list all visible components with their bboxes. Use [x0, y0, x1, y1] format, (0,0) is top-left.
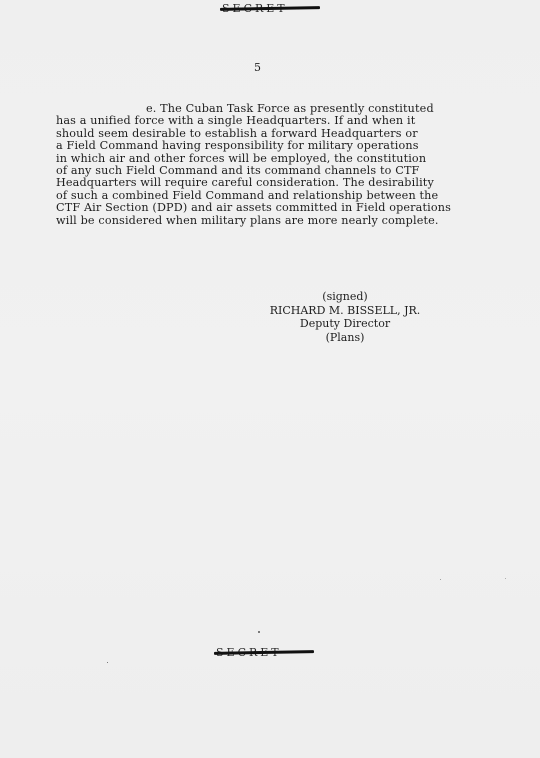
classification-marking-bottom: SECRET — [216, 646, 306, 659]
body-line: a Field Command having responsibility fo… — [56, 140, 516, 152]
body-line: has a unified force with a single Headqu… — [56, 115, 516, 127]
scan-speck — [107, 662, 108, 663]
page-number: 5 — [254, 61, 261, 74]
body-line: Headquarters will require careful consid… — [56, 177, 516, 189]
classification-marking-top: SECRET — [222, 2, 312, 15]
scan-speck — [440, 579, 441, 580]
signatory-name: RICHARD M. BISSELL, JR. — [250, 304, 440, 318]
paragraph-e: e. The Cuban Task Force as presently con… — [56, 103, 516, 227]
document-page: SECRET 5 e. The Cuban Task Force as pres… — [0, 0, 540, 758]
signed-note: (signed) — [250, 290, 440, 304]
signatory-title: Deputy Director — [250, 317, 440, 331]
signatory-office: (Plans) — [250, 331, 440, 345]
scan-speck — [258, 631, 260, 633]
body-line: will be considered when military plans a… — [56, 215, 516, 227]
scan-speck — [505, 578, 506, 579]
signature-block: (signed) RICHARD M. BISSELL, JR. Deputy … — [250, 290, 440, 344]
body-line: CTF Air Section (DPD) and air assets com… — [56, 202, 516, 214]
